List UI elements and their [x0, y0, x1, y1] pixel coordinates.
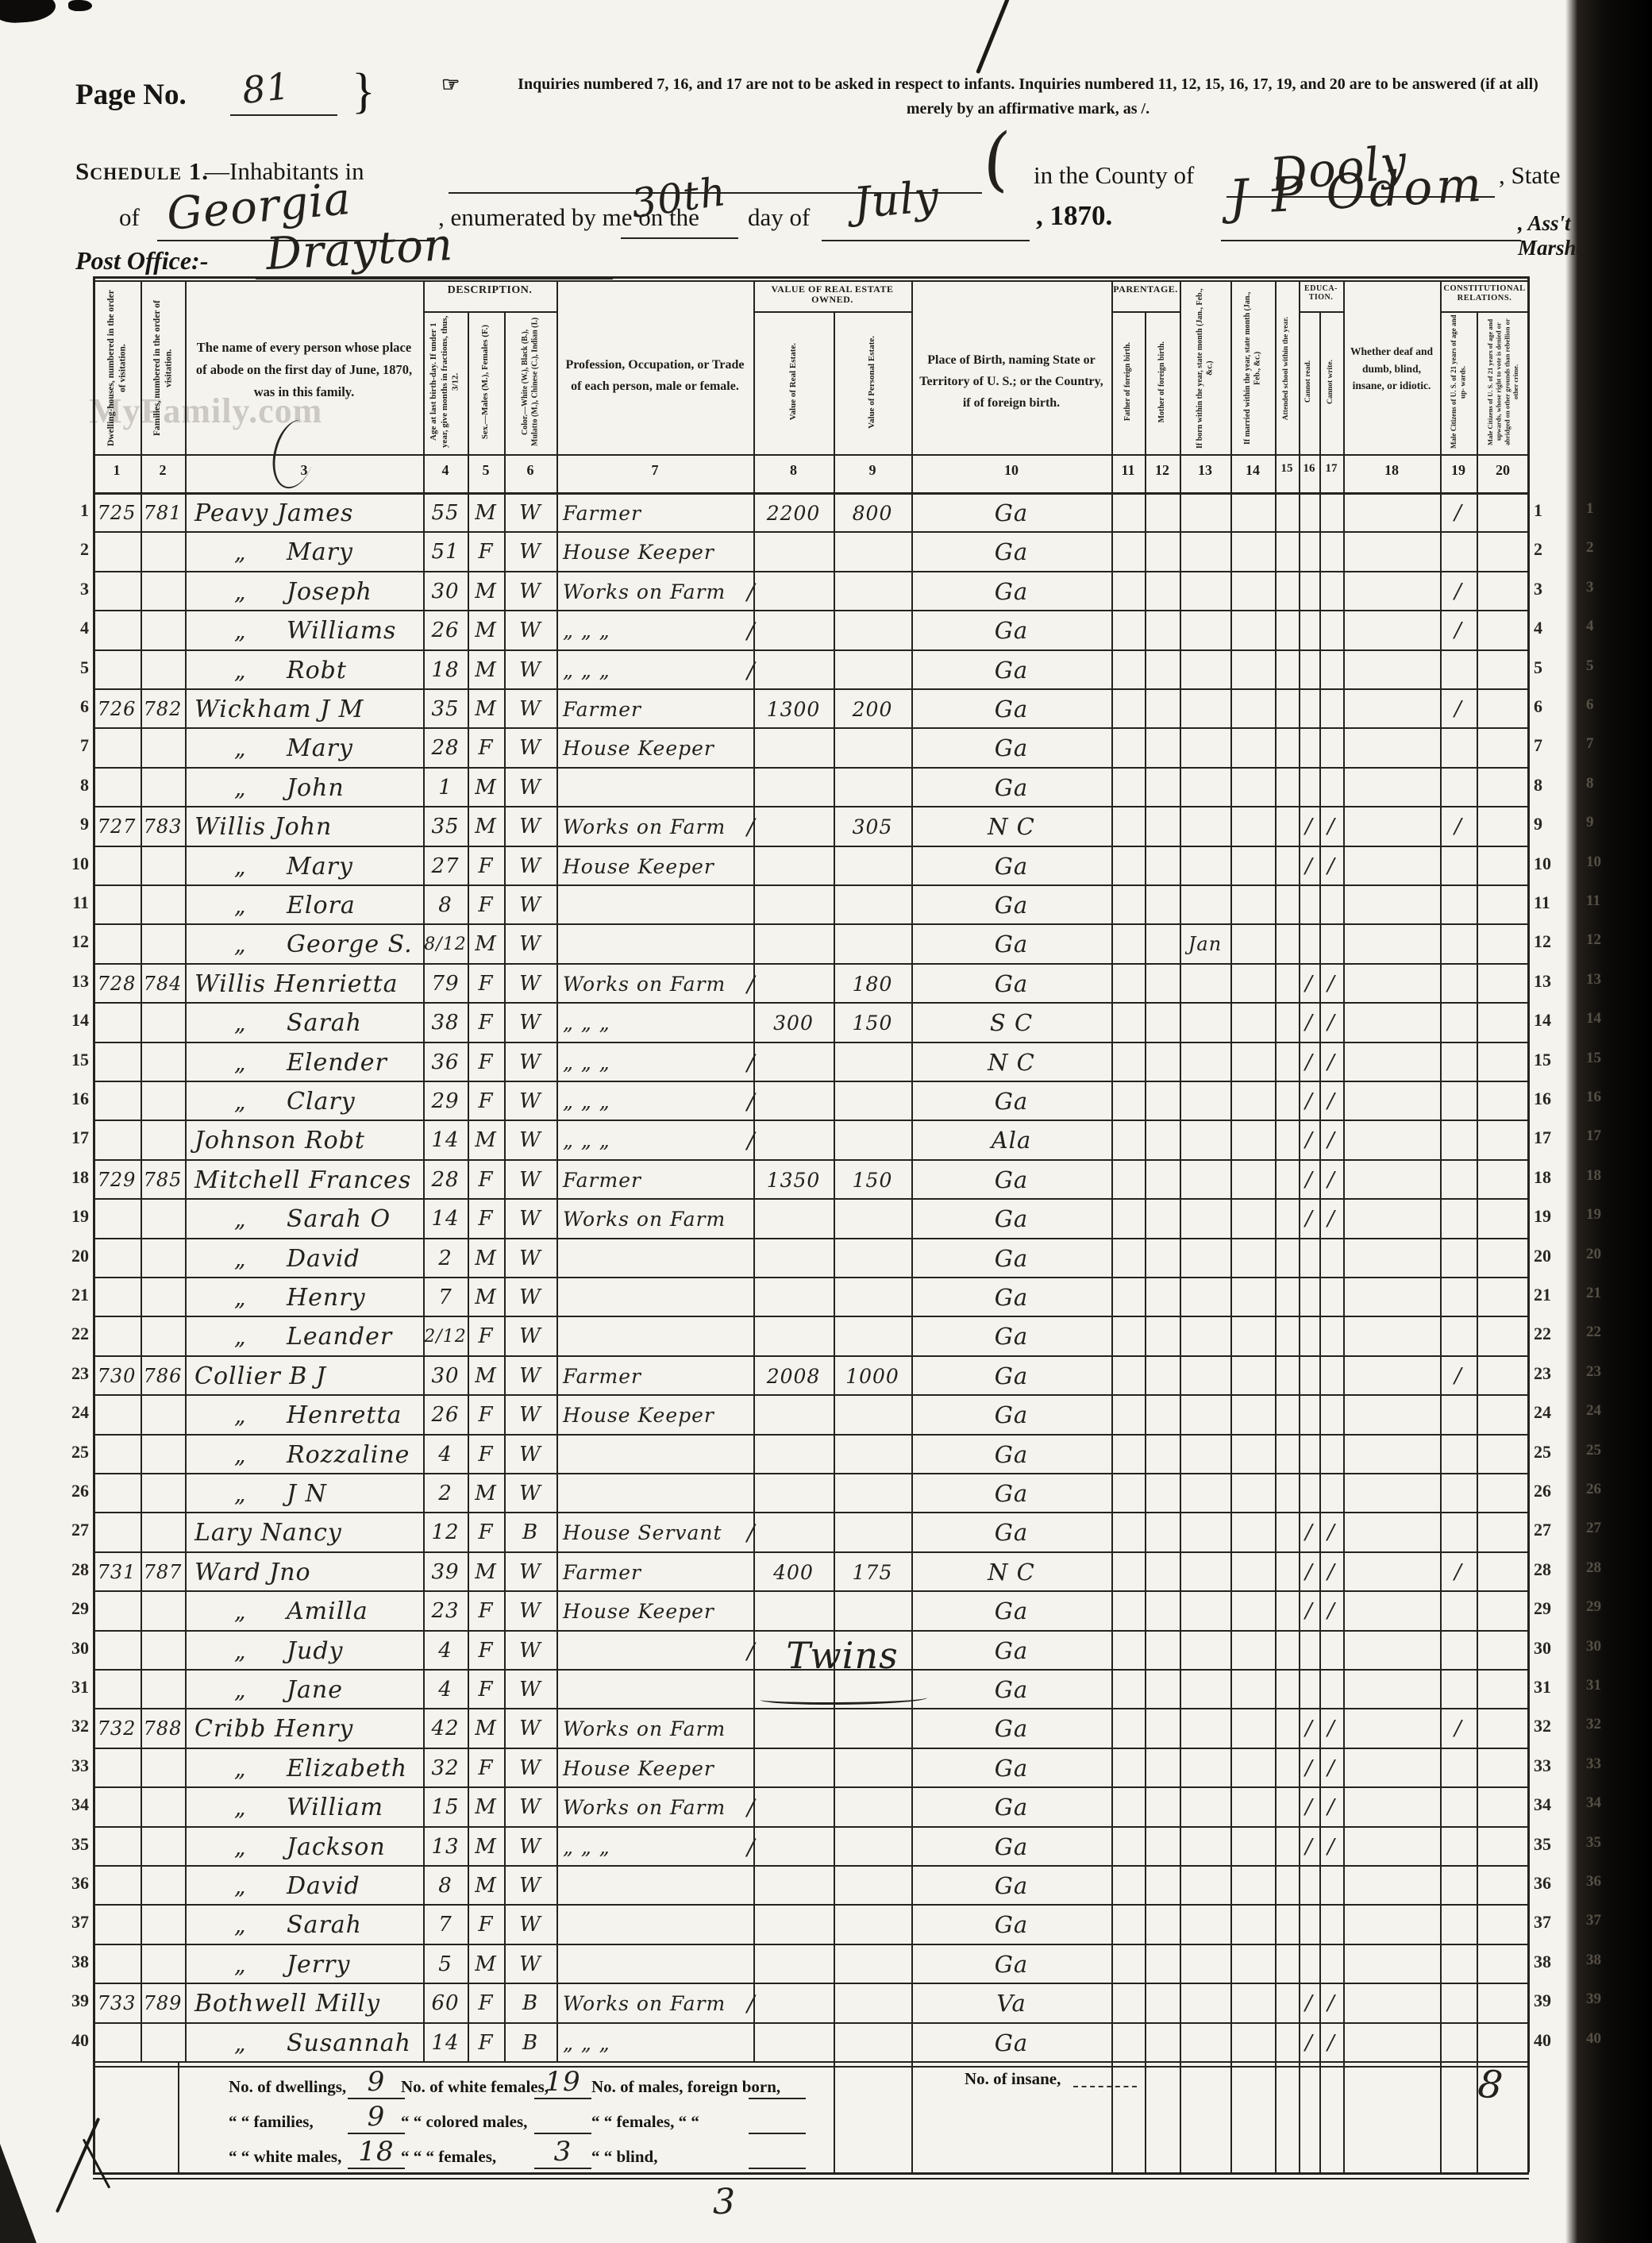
cell-cannot-write-mark: /	[1319, 1517, 1343, 1555]
cell-cannot-write-mark: /	[1319, 1556, 1343, 1595]
line-number-left: 33	[59, 1755, 89, 1776]
cell-tally-mark: /	[747, 576, 771, 615]
col-header-male-citizens-text: Male Citizens of U. S. of 21 years of ag…	[1450, 314, 1468, 449]
line-number-left: 3	[59, 579, 89, 599]
footer-label: “ “ families,	[229, 2112, 314, 2132]
cell-color: W	[504, 1281, 556, 1320]
cell-personal-estate-value: 1000	[834, 1360, 911, 1399]
cell-real-estate-value: 400	[753, 1556, 834, 1595]
cell-ditto-mark: „	[234, 1439, 266, 1478]
cell-cannot-read-mark: /	[1299, 1831, 1319, 1870]
cell-age: 23	[423, 1595, 468, 1634]
cell-occupation: Works on Farm	[563, 968, 752, 1007]
cell-age: 27	[423, 850, 468, 889]
cell-age: 5	[423, 1948, 468, 1987]
cell-age: 28	[423, 1164, 468, 1203]
cell-color: W	[504, 615, 556, 653]
line-number-left: 1	[59, 500, 89, 521]
cell-ditto-mark: „	[234, 2027, 266, 2066]
cell-age: 2	[423, 1243, 468, 1281]
cell-ditto-mark: „	[234, 1595, 266, 1634]
cell-dwelling-number: 729	[93, 1164, 141, 1203]
cell-birthplace: Ga	[911, 1674, 1111, 1713]
gutter-line-number: 31	[1586, 1677, 1601, 1694]
cell-birthplace: Ga	[911, 1085, 1111, 1124]
line-number-left: 9	[59, 814, 89, 834]
table-rule-vertical	[185, 281, 187, 2061]
group-parentage: PARENTAGE.	[1111, 284, 1180, 295]
page-no-label: Page No.	[75, 78, 187, 112]
gutter-line-number: 33	[1586, 1755, 1601, 1773]
cell-age: 38	[423, 1007, 468, 1046]
cell-sex: M	[468, 1243, 504, 1281]
cell-occupation: „ „ „	[563, 1085, 752, 1124]
cell-age: 7	[423, 1909, 468, 1948]
cell-age: 30	[423, 576, 468, 615]
cell-sex: M	[468, 1713, 504, 1752]
day-underline	[621, 203, 738, 239]
cell-male-citizen-mark: /	[1440, 811, 1477, 850]
col-header-real-estate: Value of Real Estate.	[753, 314, 834, 449]
gutter-line-number: 3	[1586, 579, 1594, 596]
table-rule-vertical	[1440, 281, 1442, 2172]
cell-ditto-mark: „	[234, 732, 266, 771]
cell-personal-estate-value: 180	[834, 968, 911, 1007]
table-rule-vertical	[834, 311, 835, 2172]
cell-tally-mark: /	[747, 1831, 771, 1870]
line-number-right: 20	[1534, 1246, 1564, 1266]
line-number-right: 1	[1534, 500, 1564, 521]
cell-ditto-mark: „	[234, 850, 266, 889]
cell-occupation: „ „ „	[563, 2027, 752, 2066]
group-constitutional-relations: CONSTITUTIONAL RELATIONS.	[1440, 284, 1529, 303]
cell-color: W	[504, 1124, 556, 1163]
cell-sex: M	[468, 1478, 504, 1517]
col-header-mother-foreign-text: Mother of foreign birth.	[1157, 341, 1168, 422]
cell-male-citizen-mark: /	[1440, 1713, 1477, 1752]
month-underline	[822, 205, 1030, 241]
line-number-left: 31	[59, 1677, 89, 1698]
cell-cannot-write-mark: /	[1319, 1713, 1343, 1752]
gutter-line-number: 10	[1586, 854, 1601, 871]
cell-sex: M	[468, 497, 504, 536]
cell-occupation: Farmer	[563, 1556, 752, 1595]
cell-sex: F	[468, 1164, 504, 1203]
cell-sex: F	[468, 2027, 504, 2066]
line-number-right: 30	[1534, 1638, 1564, 1659]
cell-sex: F	[468, 1987, 504, 2026]
line-number-left: 8	[59, 775, 89, 796]
col-header-male-citizens-denied-text: Male Citizens of U. S. of 21 years of ag…	[1486, 314, 1520, 449]
cell-dwelling-number: 733	[93, 1987, 141, 2026]
scan-blemish	[0, 0, 56, 25]
col-header-cannot-read: Cannot read.	[1299, 314, 1319, 449]
cell-color: W	[504, 1007, 556, 1046]
line-number-left: 28	[59, 1559, 89, 1580]
cell-occupation: „ „ „	[563, 1007, 752, 1046]
line-number-right: 25	[1534, 1442, 1564, 1463]
column-number: 10	[911, 462, 1111, 479]
column-number: 19	[1440, 462, 1477, 479]
gutter-line-number: 4	[1586, 618, 1594, 635]
gutter-line-number: 19	[1586, 1206, 1601, 1224]
table-rule-horizontal	[93, 454, 1529, 456]
line-number-right: 5	[1534, 657, 1564, 678]
line-number-right: 38	[1534, 1952, 1564, 1972]
cell-ditto-mark: „	[234, 1399, 266, 1438]
line-number-left: 25	[59, 1442, 89, 1463]
line-number-left: 37	[59, 1912, 89, 1933]
cell-cannot-read-mark: /	[1299, 1007, 1319, 1046]
gutter-line-number: 16	[1586, 1089, 1601, 1106]
cell-birthplace: N C	[911, 811, 1111, 850]
cell-tally-mark: /	[747, 1517, 771, 1555]
cell-cannot-write-mark: /	[1319, 1987, 1343, 2026]
cell-sex: M	[468, 1124, 504, 1163]
footer-insane-label: No. of insane,	[965, 2069, 1061, 2089]
line-number-left: 21	[59, 1285, 89, 1305]
cell-sex: F	[468, 1046, 504, 1085]
col-header-cannot-read-text: Cannot read.	[1304, 360, 1314, 403]
cell-sex: F	[468, 1399, 504, 1438]
table-rule-horizontal	[93, 492, 1529, 495]
cell-occupation: „ „ „	[563, 1831, 752, 1870]
schedule-word: Schedule 1.	[75, 157, 209, 186]
table-rule-vertical	[178, 2061, 179, 2172]
gutter-line-number: 2	[1586, 539, 1594, 557]
line-number-left: 17	[59, 1127, 89, 1148]
cell-occupation: „ „ „	[563, 1124, 752, 1163]
footer-value: 9	[348, 2066, 405, 2099]
cell-family-number: 782	[141, 693, 185, 732]
line-number-left: 12	[59, 931, 89, 952]
gutter-line-number: 7	[1586, 735, 1594, 753]
cell-occupation: Farmer	[563, 1360, 752, 1399]
gutter-line-number: 9	[1586, 814, 1594, 831]
cell-age: 14	[423, 1124, 468, 1163]
cell-cannot-read-mark: /	[1299, 850, 1319, 889]
cell-age: 55	[423, 497, 468, 536]
page-no-underline	[230, 79, 337, 116]
cell-birthplace: Ga	[911, 1791, 1111, 1830]
gutter-line-number: 34	[1586, 1794, 1601, 1812]
cell-cannot-read-mark: /	[1299, 1713, 1319, 1752]
cell-occupation: House Keeper	[563, 732, 752, 771]
gutter-line-number: 38	[1586, 1952, 1601, 1969]
cell-age: 26	[423, 1399, 468, 1438]
cell-ditto-mark: „	[234, 772, 266, 811]
cell-age: 51	[423, 536, 468, 575]
col-header-male-citizens: Male Citizens of U. S. of 21 years of ag…	[1440, 314, 1477, 449]
cell-age: 35	[423, 693, 468, 732]
ink-slash-mark	[976, 0, 1010, 74]
cell-occupation: House Keeper	[563, 1752, 752, 1791]
cell-color: W	[504, 1478, 556, 1517]
col-header-male-citizens-denied: Male Citizens of U. S. of 21 years of ag…	[1477, 314, 1529, 449]
line-number-right: 21	[1534, 1285, 1564, 1305]
column-number: 16	[1299, 462, 1319, 476]
cell-family-number: 788	[141, 1713, 185, 1752]
cell-birthplace: Ga	[911, 615, 1111, 653]
cell-occupation: House Keeper	[563, 1595, 752, 1634]
cell-tally-mark: /	[747, 1987, 771, 2026]
table-rule-horizontal	[93, 2172, 1529, 2175]
footer-value	[534, 2101, 591, 2134]
cell-cannot-read-mark: /	[1299, 1752, 1319, 1791]
col-header-color: Color.—White (W.), Black (B.), Mulatto (…	[504, 314, 556, 449]
cell-age: 4	[423, 1674, 468, 1713]
cell-cannot-read-mark: /	[1299, 968, 1319, 1007]
cell-occupation: House Keeper	[563, 850, 752, 889]
cell-color: W	[504, 968, 556, 1007]
cell-occupation: Farmer	[563, 1164, 752, 1203]
cell-color: W	[504, 1164, 556, 1203]
col-header-color-text: Color.—White (W.), Black (B.), Mulatto (…	[521, 314, 541, 449]
gutter-line-number: 5	[1586, 657, 1594, 675]
column-number: 11	[1111, 462, 1145, 479]
col-header-married-month-text: If married within the year, state month …	[1243, 287, 1263, 449]
cell-color: W	[504, 1752, 556, 1791]
line-number-right: 31	[1534, 1677, 1564, 1698]
cell-male-citizen-mark: /	[1440, 615, 1477, 653]
stray-mark-3: 3	[713, 2182, 736, 2222]
col-header-sex-text: Sex.—Males (M.), Females (F.)	[480, 325, 491, 439]
gutter-line-number: 28	[1586, 1559, 1601, 1577]
cell-age: 15	[423, 1791, 468, 1830]
line-number-right: 19	[1534, 1206, 1564, 1227]
table-rule-vertical	[1180, 281, 1181, 2172]
footer-insane-value	[1073, 2058, 1137, 2087]
cell-name: Cribb Henry	[194, 1713, 422, 1752]
footer-value: 9	[348, 2101, 405, 2134]
table-rule-vertical	[1111, 281, 1113, 2172]
table-rule-horizontal	[93, 276, 1529, 279]
cell-dwelling-number: 730	[93, 1360, 141, 1399]
cell-cannot-read-mark: /	[1299, 1791, 1319, 1830]
column-number: 2	[141, 462, 185, 479]
line-number-right: 12	[1534, 931, 1564, 952]
cell-ditto-mark: „	[234, 1046, 266, 1085]
cell-name: Ward Jno	[194, 1556, 422, 1595]
cell-birthplace: N C	[911, 1046, 1111, 1085]
cell-color: W	[504, 928, 556, 967]
gutter-line-number: 14	[1586, 1010, 1601, 1027]
instructions-line2: merely by an affirmative mark, as /.	[476, 100, 1580, 118]
cell-age: 8	[423, 889, 468, 928]
gutter-line-number: 26	[1586, 1481, 1601, 1498]
cell-color: W	[504, 1635, 556, 1674]
cell-ditto-mark: „	[234, 1831, 266, 1870]
gutter-line-number: 39	[1586, 1991, 1601, 2008]
line-number-right: 9	[1534, 814, 1564, 834]
gutter-line-number: 6	[1586, 696, 1594, 714]
cell-ditto-mark: „	[234, 1791, 266, 1830]
cell-age: 14	[423, 1203, 468, 1242]
cell-cannot-write-mark: /	[1319, 1203, 1343, 1242]
col-header-attended-school: Attended school within the year.	[1275, 287, 1299, 449]
cell-sex: M	[468, 1870, 504, 1909]
cell-tally-mark: /	[747, 968, 771, 1007]
cell-dwelling-number: 728	[93, 968, 141, 1007]
cell-occupation: „ „ „	[563, 1046, 752, 1085]
cell-cannot-write-mark: /	[1319, 811, 1343, 850]
col-header-personal-estate: Value of Personal Estate.	[834, 314, 911, 449]
cell-age: 13	[423, 1831, 468, 1870]
cell-color: W	[504, 732, 556, 771]
gutter-line-number: 22	[1586, 1324, 1601, 1341]
column-number: 6	[504, 462, 556, 479]
cell-born-month: Jan	[1180, 928, 1230, 967]
gutter-line-number: 23	[1586, 1363, 1601, 1381]
cell-male-citizen-mark: /	[1440, 1360, 1477, 1399]
table-rule-horizontal	[1440, 311, 1529, 313]
cell-birthplace: Ga	[911, 1517, 1111, 1555]
cell-birthplace: Ga	[911, 1203, 1111, 1242]
column-number: 9	[834, 462, 911, 479]
cell-tally-mark: /	[747, 1791, 771, 1830]
line-number-left: 6	[59, 696, 89, 717]
table-rule-vertical	[556, 281, 558, 2061]
line-number-right: 23	[1534, 1363, 1564, 1384]
signature-underline	[1221, 205, 1521, 241]
footer-label: “ “ white males,	[229, 2147, 341, 2167]
page-gutter	[1565, 0, 1652, 2243]
cell-cannot-read-mark: /	[1299, 1595, 1319, 1634]
cell-sex: F	[468, 1320, 504, 1359]
line-number-right: 28	[1534, 1559, 1564, 1580]
cell-age: 36	[423, 1046, 468, 1085]
line-number-right: 33	[1534, 1755, 1564, 1776]
table-rule-horizontal	[753, 311, 911, 313]
cell-dwelling-number: 731	[93, 1556, 141, 1595]
footer-label: No. of white females,	[401, 2077, 549, 2097]
cell-color: W	[504, 1439, 556, 1478]
cell-ditto-mark: „	[234, 889, 266, 928]
column-number: 4	[423, 462, 468, 479]
cell-tally-mark: /	[747, 1085, 771, 1124]
cell-family-number: 784	[141, 968, 185, 1007]
col-header-family-text: Families, numbered in the order of visit…	[152, 287, 175, 449]
col-header-born-month: If born within the year, state month (Ja…	[1180, 287, 1230, 449]
table-rule-vertical	[93, 276, 95, 2172]
cell-cannot-write-mark: /	[1319, 968, 1343, 1007]
margin-mark-8: 8	[1476, 2062, 1505, 2109]
line-number-right: 24	[1534, 1402, 1564, 1423]
line-number-left: 19	[59, 1206, 89, 1227]
cell-color: B	[504, 1517, 556, 1555]
cell-cannot-read-mark: /	[1299, 1987, 1319, 2026]
cell-birthplace: Ga	[911, 1713, 1111, 1752]
footer-value	[749, 2136, 806, 2169]
footer-value: 19	[534, 2066, 591, 2099]
col-header-cannot-write: Cannot write.	[1319, 314, 1343, 449]
cell-sex: F	[468, 968, 504, 1007]
line-number-left: 38	[59, 1952, 89, 1972]
cell-occupation: House Keeper	[563, 536, 752, 575]
cell-age: 28	[423, 732, 468, 771]
line-number-right: 40	[1534, 2030, 1564, 2051]
cell-family-number: 781	[141, 497, 185, 536]
cell-occupation: „ „ „	[563, 615, 752, 653]
cell-male-citizen-mark: /	[1440, 693, 1477, 732]
cell-name: Bothwell Milly	[194, 1987, 422, 2026]
cell-ditto-mark: „	[234, 1320, 266, 1359]
cell-personal-estate-value: 150	[834, 1164, 911, 1203]
gutter-line-number: 37	[1586, 1912, 1601, 1929]
cell-male-citizen-mark: /	[1440, 576, 1477, 615]
cell-cannot-write-mark: /	[1319, 850, 1343, 889]
cell-cannot-read-mark: /	[1299, 1124, 1319, 1163]
cell-name: Mitchell Frances	[194, 1164, 422, 1203]
post-office-label: Post Office:-	[75, 246, 208, 276]
col-header-sex: Sex.—Males (M.), Females (F.)	[468, 314, 504, 449]
gutter-line-number: 17	[1586, 1127, 1601, 1145]
cell-family-number: 789	[141, 1987, 185, 2026]
cell-sex: M	[468, 811, 504, 850]
cell-real-estate-value: 1350	[753, 1164, 834, 1203]
cell-sex: M	[468, 693, 504, 732]
line-number-left: 23	[59, 1363, 89, 1384]
line-number-left: 20	[59, 1246, 89, 1266]
footer-value: 3	[534, 2136, 591, 2169]
line-number-left: 34	[59, 1794, 89, 1815]
footer-value	[749, 2101, 806, 2134]
cell-age: 60	[423, 1987, 468, 2026]
cell-male-citizen-mark: /	[1440, 1556, 1477, 1595]
cell-age: 12	[423, 1517, 468, 1555]
brace-glyph: }	[352, 64, 375, 120]
cell-color: W	[504, 1203, 556, 1242]
column-number: 1	[93, 462, 141, 479]
cell-birthplace: Ga	[911, 576, 1111, 615]
cell-color: W	[504, 693, 556, 732]
group-description: DESCRIPTION.	[423, 284, 556, 296]
cell-birthplace: Ga	[911, 1595, 1111, 1634]
line-number-left: 39	[59, 1991, 89, 2011]
cell-birthplace: Ga	[911, 1399, 1111, 1438]
cell-cannot-read-mark: /	[1299, 811, 1319, 850]
cell-ditto-mark: „	[234, 654, 266, 693]
cell-cannot-read-mark: /	[1299, 1517, 1319, 1555]
cell-name: Willis Henrietta	[194, 968, 422, 1007]
cell-personal-estate-value: 200	[834, 693, 911, 732]
line-number-right: 15	[1534, 1050, 1564, 1070]
cell-sex: M	[468, 1831, 504, 1870]
line-number-left: 26	[59, 1481, 89, 1501]
line-number-left: 5	[59, 657, 89, 678]
line-number-right: 26	[1534, 1481, 1564, 1501]
col-header-dwelling-text: Dwelling-houses, numbered in the order o…	[106, 287, 129, 449]
line-number-left: 32	[59, 1716, 89, 1736]
cell-age: 7	[423, 1281, 468, 1320]
gutter-line-number: 18	[1586, 1167, 1601, 1185]
pointing-hand-icon: ☞	[441, 73, 460, 97]
line-number-right: 8	[1534, 775, 1564, 796]
col-header-birthplace: Place of Birth, naming State or Territor…	[916, 349, 1107, 414]
cell-family-number: 787	[141, 1556, 185, 1595]
cell-age: 2	[423, 1478, 468, 1517]
cell-birthplace: Ga	[911, 772, 1111, 811]
line-number-right: 18	[1534, 1167, 1564, 1188]
cell-birthplace: Ga	[911, 536, 1111, 575]
county-label: in the County of	[1034, 161, 1194, 190]
line-number-right: 6	[1534, 696, 1564, 717]
cell-birthplace: Va	[911, 1987, 1111, 2026]
day-of-label: day of	[748, 203, 810, 232]
cell-cannot-read-mark: /	[1299, 1164, 1319, 1203]
cell-occupation: Works on Farm	[563, 576, 752, 615]
cell-age: 4	[423, 1635, 468, 1674]
